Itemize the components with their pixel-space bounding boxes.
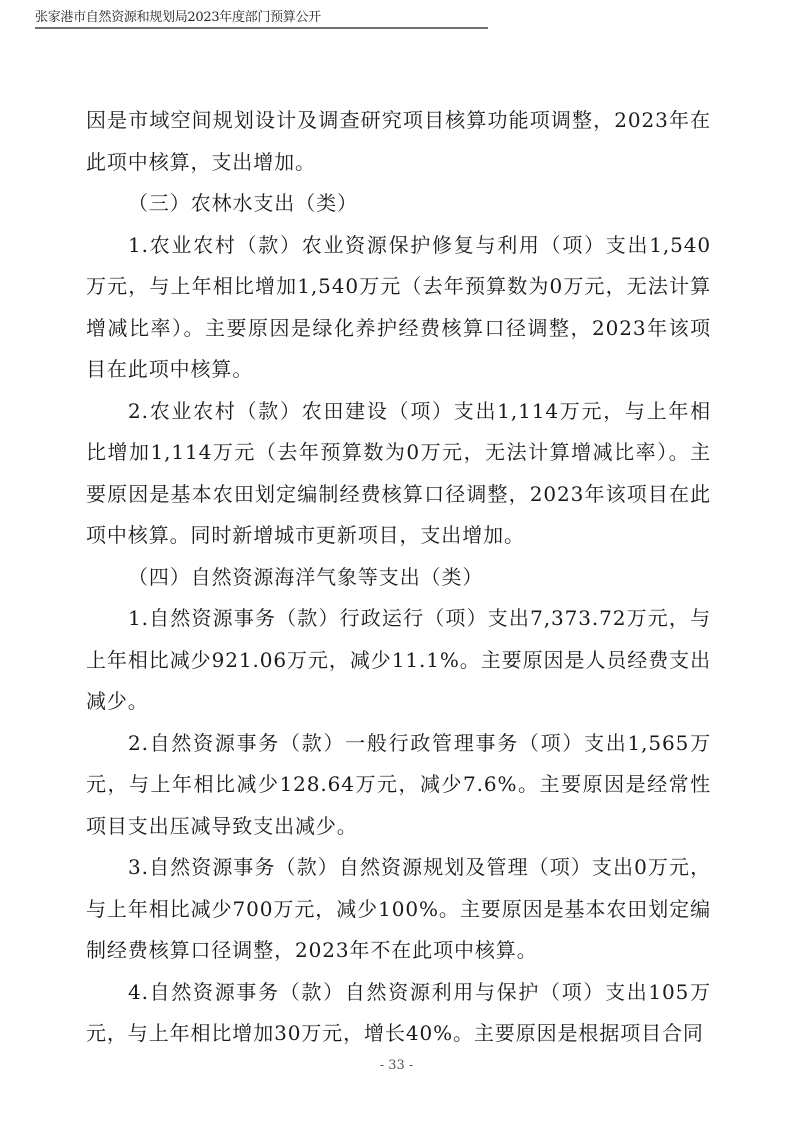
paragraph-continuation: 因是市域空间规划设计及调查研究项目核算功能项调整，2023年在此项中核算，支出增… [86,100,711,183]
page-number: - 33 - [0,1058,793,1073]
paragraph-item: 2.农业农村（款）农田建设（项）支出1,114万元，与上年相比增加1,114万元… [86,391,711,557]
paragraph-item: 2.自然资源事务（款）一般行政管理事务（项）支出1,565万元，与上年相比减少1… [86,723,711,848]
document-body: 因是市域空间规划设计及调查研究项目核算功能项调整，2023年在此项中核算，支出增… [86,100,711,1055]
paragraph-item: 4.自然资源事务（款）自然资源利用与保护（项）支出105万元，与上年相比增加30… [86,972,711,1055]
paragraph-item: 1.农业农村（款）农业资源保护修复与利用（项）支出1,540万元，与上年相比增加… [86,225,711,391]
paragraph-item: 1.自然资源事务（款）行政运行（项）支出7,373.72万元，与上年相比减少92… [86,598,711,723]
section-heading-agriculture: （三）农林水支出（类） [86,183,711,225]
running-header: 张家港市自然资源和规划局2023年度部门预算公开 [35,6,755,25]
paragraph-item: 3.自然资源事务（款）自然资源规划及管理（项）支出0万元，与上年相比减少700万… [86,847,711,972]
header-divider [35,27,488,29]
section-heading-natural-resources: （四）自然资源海洋气象等支出（类） [86,557,711,599]
